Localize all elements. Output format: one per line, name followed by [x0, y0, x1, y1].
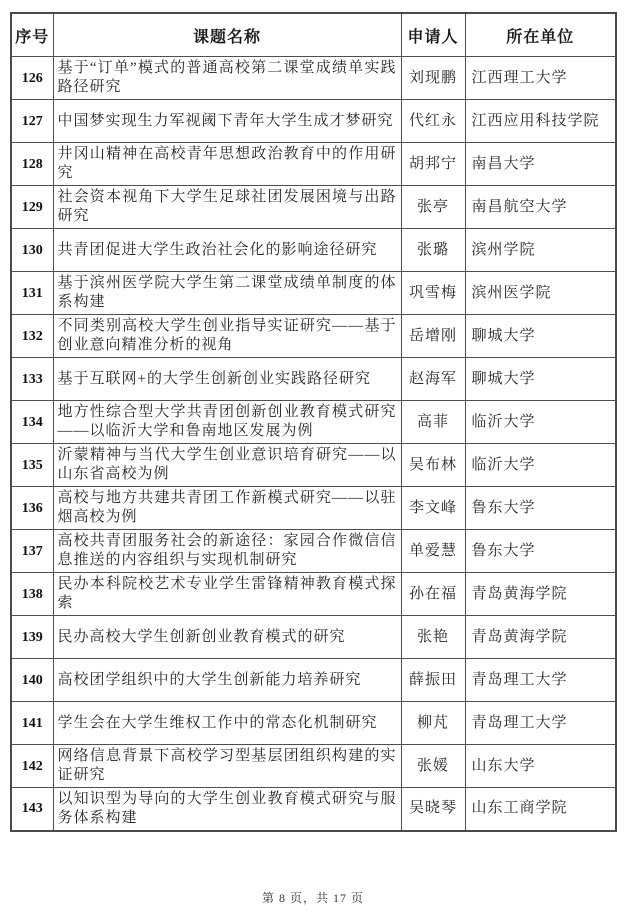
row-number: 131	[11, 272, 53, 315]
table-row: 133基于互联网+的大学生创新创业实践路径研究赵海军聊城大学	[11, 358, 616, 401]
row-number: 127	[11, 100, 53, 143]
applicant-name: 吴布林	[401, 444, 465, 487]
row-number: 136	[11, 487, 53, 530]
row-number: 143	[11, 788, 53, 831]
unit-name: 南昌大学	[465, 143, 616, 186]
row-number: 128	[11, 143, 53, 186]
applicant-name: 胡邦宁	[401, 143, 465, 186]
unit-name: 聊城大学	[465, 315, 616, 358]
applicant-name: 代红永	[401, 100, 465, 143]
table-row: 135沂蒙精神与当代大学生创业意识培育研究——以山东省高校为例吴布林临沂大学	[11, 444, 616, 487]
table-row: 139民办高校大学生创新创业教育模式的研究张艳青岛黄海学院	[11, 616, 616, 659]
applicant-name: 张艳	[401, 616, 465, 659]
unit-name: 青岛黄海学院	[465, 616, 616, 659]
unit-name: 山东大学	[465, 745, 616, 788]
row-number: 138	[11, 573, 53, 616]
applicant-name: 刘现鹏	[401, 57, 465, 100]
applicant-name: 赵海军	[401, 358, 465, 401]
applicant-name: 吴晓琴	[401, 788, 465, 831]
col-header-unit: 所在单位	[465, 13, 616, 57]
unit-name: 山东工商学院	[465, 788, 616, 831]
applicant-name: 张媛	[401, 745, 465, 788]
topic-title: 网络信息背景下高校学习型基层团组织构建的实证研究	[53, 745, 401, 788]
topic-title: 基于“订单”模式的普通高校第二课堂成绩单实践路径研究	[53, 57, 401, 100]
unit-name: 鲁东大学	[465, 487, 616, 530]
table-body: 126基于“订单”模式的普通高校第二课堂成绩单实践路径研究刘现鹏江西理工大学12…	[11, 57, 616, 831]
table-row: 130共青团促进大学生政治社会化的影响途径研究张璐滨州学院	[11, 229, 616, 272]
applicant-name: 孙在福	[401, 573, 465, 616]
topic-title: 学生会在大学生维权工作中的常态化机制研究	[53, 702, 401, 745]
topic-title: 高校共青团服务社会的新途径：家园合作微信信息推送的内容组织与实现机制研究	[53, 530, 401, 573]
table-row: 140高校团学组织中的大学生创新能力培养研究薛振田青岛理工大学	[11, 659, 616, 702]
topic-title: 中国梦实现生力军视阈下青年大学生成才梦研究	[53, 100, 401, 143]
table-row: 129社会资本视角下大学生足球社团发展困境与出路研究张亭南昌航空大学	[11, 186, 616, 229]
topic-title: 民办高校大学生创新创业教育模式的研究	[53, 616, 401, 659]
col-header-title: 课题名称	[53, 13, 401, 57]
applicant-name: 岳增刚	[401, 315, 465, 358]
col-header-no: 序号	[11, 13, 53, 57]
row-number: 139	[11, 616, 53, 659]
topic-title: 共青团促进大学生政治社会化的影响途径研究	[53, 229, 401, 272]
row-number: 135	[11, 444, 53, 487]
table-row: 141学生会在大学生维权工作中的常态化机制研究柳芃青岛理工大学	[11, 702, 616, 745]
applicant-name: 巩雪梅	[401, 272, 465, 315]
topic-title: 高校团学组织中的大学生创新能力培养研究	[53, 659, 401, 702]
topic-title: 地方性综合型大学共青团创新创业教育模式研究——以临沂大学和鲁南地区发展为例	[53, 401, 401, 444]
unit-name: 青岛黄海学院	[465, 573, 616, 616]
table-row: 142网络信息背景下高校学习型基层团组织构建的实证研究张媛山东大学	[11, 745, 616, 788]
page-number: 第 8 页，共 17 页	[0, 889, 626, 906]
topic-title: 社会资本视角下大学生足球社团发展困境与出路研究	[53, 186, 401, 229]
unit-name: 鲁东大学	[465, 530, 616, 573]
row-number: 137	[11, 530, 53, 573]
unit-name: 滨州医学院	[465, 272, 616, 315]
table-row: 132不同类别高校大学生创业指导实证研究——基于创业意向精准分析的视角岳增刚聊城…	[11, 315, 616, 358]
unit-name: 临沂大学	[465, 444, 616, 487]
unit-name: 临沂大学	[465, 401, 616, 444]
topic-title: 高校与地方共建共青团工作新模式研究——以驻烟高校为例	[53, 487, 401, 530]
table-row: 127中国梦实现生力军视阈下青年大学生成才梦研究代红永江西应用科技学院	[11, 100, 616, 143]
table-row: 134地方性综合型大学共青团创新创业教育模式研究——以临沂大学和鲁南地区发展为例…	[11, 401, 616, 444]
row-number: 133	[11, 358, 53, 401]
unit-name: 青岛理工大学	[465, 659, 616, 702]
table-row: 131基于滨州医学院大学生第二课堂成绩单制度的体系构建巩雪梅滨州医学院	[11, 272, 616, 315]
applicant-name: 张璐	[401, 229, 465, 272]
table-row: 138民办本科院校艺术专业学生雷锋精神教育模式探索孙在福青岛黄海学院	[11, 573, 616, 616]
row-number: 142	[11, 745, 53, 788]
topic-title: 以知识型为导向的大学生创业教育模式研究与服务体系构建	[53, 788, 401, 831]
table-row: 126基于“订单”模式的普通高校第二课堂成绩单实践路径研究刘现鹏江西理工大学	[11, 57, 616, 100]
applicant-name: 单爱慧	[401, 530, 465, 573]
topic-title: 井冈山精神在高校青年思想政治教育中的作用研究	[53, 143, 401, 186]
applicant-name: 高菲	[401, 401, 465, 444]
table-row: 128井冈山精神在高校青年思想政治教育中的作用研究胡邦宁南昌大学	[11, 143, 616, 186]
row-number: 132	[11, 315, 53, 358]
row-number: 130	[11, 229, 53, 272]
row-number: 126	[11, 57, 53, 100]
topic-title: 沂蒙精神与当代大学生创业意识培育研究——以山东省高校为例	[53, 444, 401, 487]
table-row: 143以知识型为导向的大学生创业教育模式研究与服务体系构建吴晓琴山东工商学院	[11, 788, 616, 831]
unit-name: 聊城大学	[465, 358, 616, 401]
unit-name: 青岛理工大学	[465, 702, 616, 745]
applicant-name: 柳芃	[401, 702, 465, 745]
row-number: 140	[11, 659, 53, 702]
unit-name: 南昌航空大学	[465, 186, 616, 229]
table-header-row: 序号 课题名称 申请人 所在单位	[11, 13, 616, 57]
document-page: 序号 课题名称 申请人 所在单位 126基于“订单”模式的普通高校第二课堂成绩单…	[0, 0, 626, 921]
applicant-name: 李文峰	[401, 487, 465, 530]
applicant-name: 薛振田	[401, 659, 465, 702]
row-number: 141	[11, 702, 53, 745]
unit-name: 江西理工大学	[465, 57, 616, 100]
unit-name: 滨州学院	[465, 229, 616, 272]
applicant-name: 张亭	[401, 186, 465, 229]
row-number: 134	[11, 401, 53, 444]
row-number: 129	[11, 186, 53, 229]
topic-title: 民办本科院校艺术专业学生雷锋精神教育模式探索	[53, 573, 401, 616]
col-header-applicant: 申请人	[401, 13, 465, 57]
table-row: 137高校共青团服务社会的新途径：家园合作微信信息推送的内容组织与实现机制研究单…	[11, 530, 616, 573]
table-row: 136高校与地方共建共青团工作新模式研究——以驻烟高校为例李文峰鲁东大学	[11, 487, 616, 530]
topic-title: 基于滨州医学院大学生第二课堂成绩单制度的体系构建	[53, 272, 401, 315]
topics-table: 序号 课题名称 申请人 所在单位 126基于“订单”模式的普通高校第二课堂成绩单…	[10, 12, 617, 832]
topic-title: 基于互联网+的大学生创新创业实践路径研究	[53, 358, 401, 401]
topic-title: 不同类别高校大学生创业指导实证研究——基于创业意向精准分析的视角	[53, 315, 401, 358]
unit-name: 江西应用科技学院	[465, 100, 616, 143]
